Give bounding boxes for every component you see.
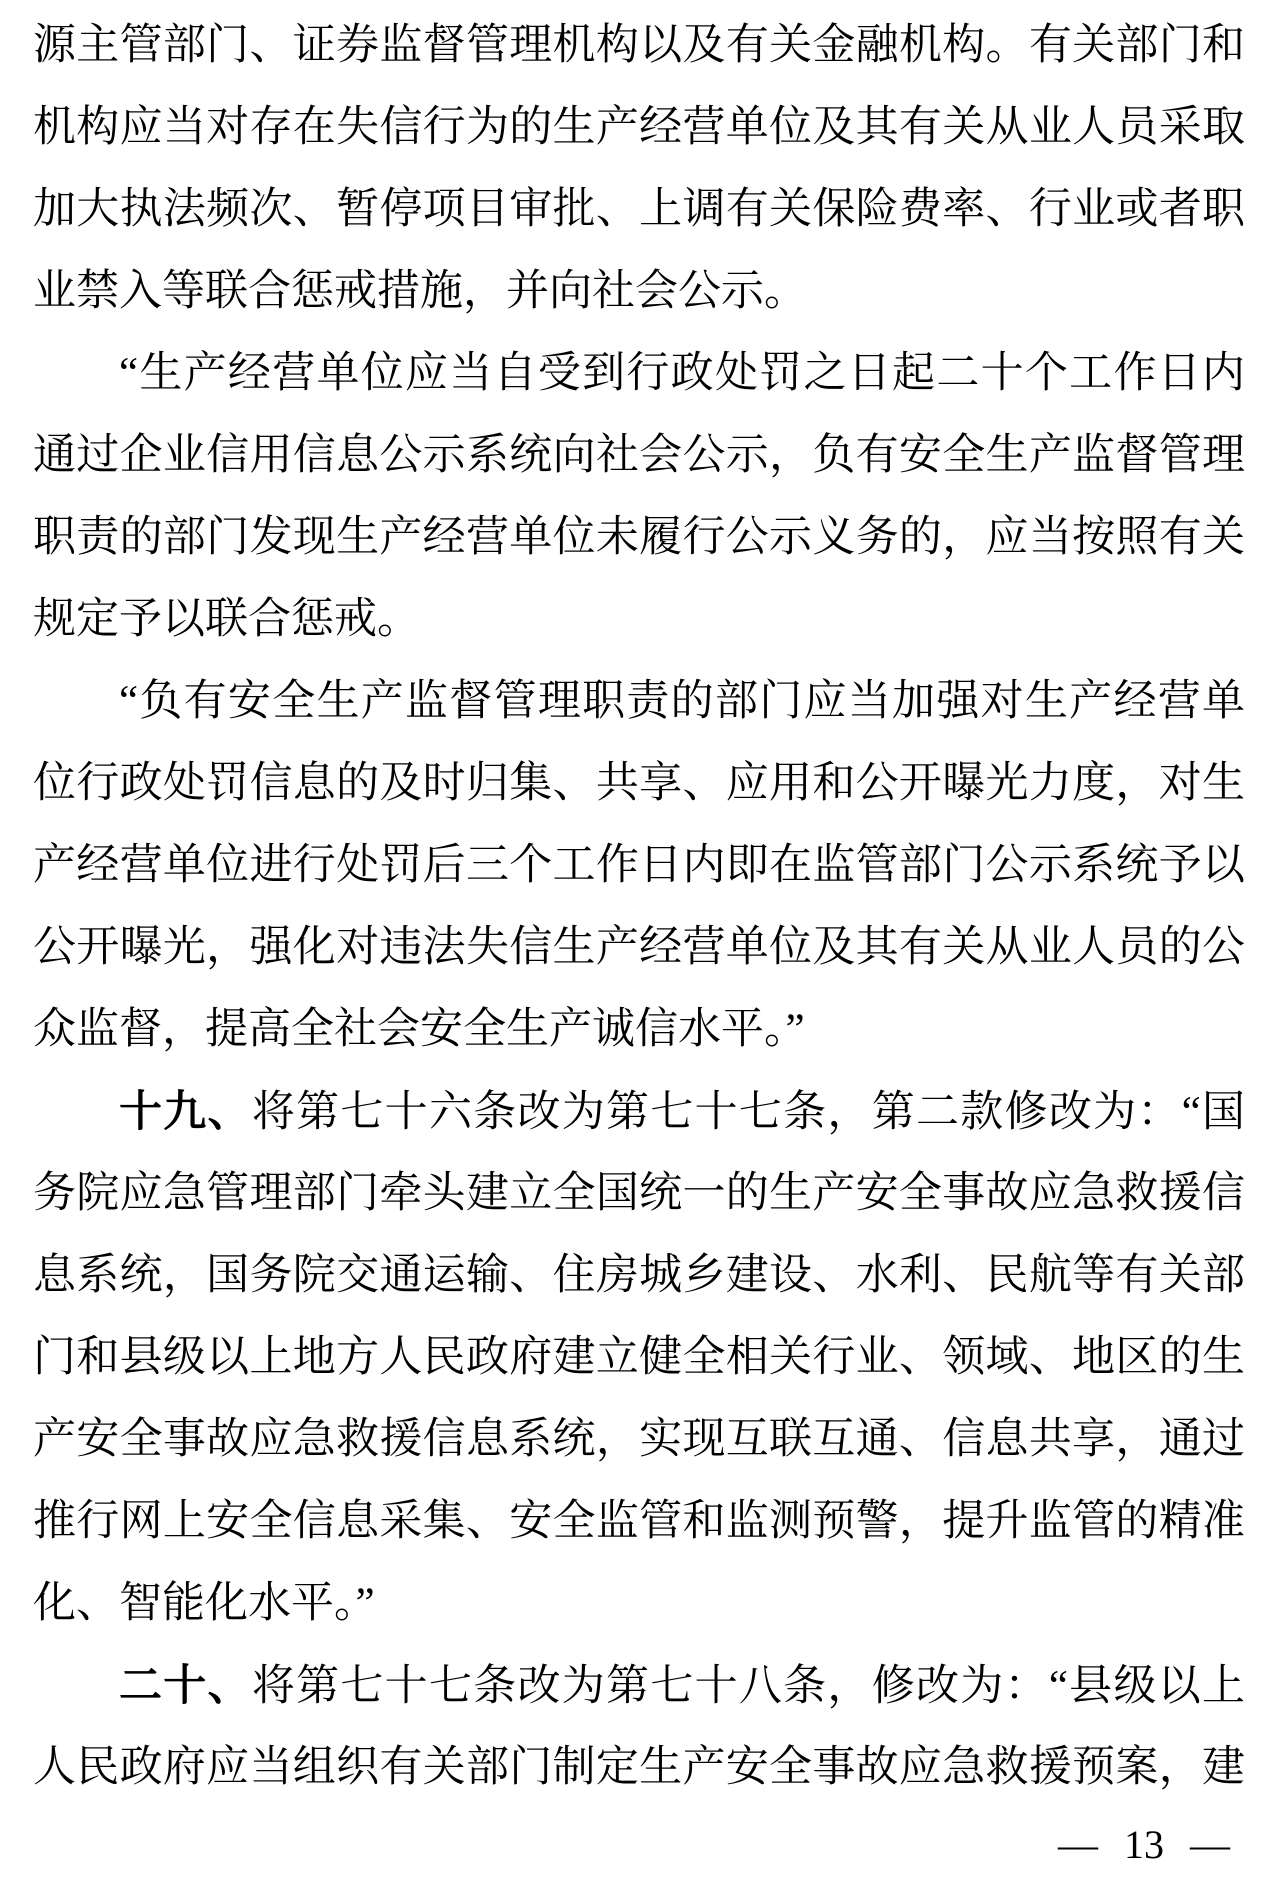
text-segment: 机构应当对存在失信行为的生产经营单位及其有关从业人员采取 bbox=[33, 104, 1245, 151]
text-line: 加大执法频次、暂停项目审批、上调有关保险费率、行业或者职 bbox=[33, 169, 1245, 251]
text-segment: 源主管部门、证券监督管理机构以及有关金融机构。有关部门和 bbox=[33, 22, 1245, 69]
text-segment: 产安全事故应急救援信息系统，实现互联互通、信息共享，通过 bbox=[33, 1416, 1245, 1463]
text-segment: 通过企业信用信息公示系统向社会公示，负有安全生产监督管理 bbox=[33, 432, 1245, 479]
text-segment: 职责的部门发现生产经营单位未履行公示义务的，应当按照有关 bbox=[33, 514, 1245, 561]
text-segment: 加大执法频次、暂停项目审批、上调有关保险费率、行业或者职 bbox=[33, 186, 1245, 233]
text-segment: “负有安全生产监督管理职责的部门应当加强对生产经营单 bbox=[119, 678, 1245, 725]
text-line: 人民政府应当组织有关部门制定生产安全事故应急救援预案，建 bbox=[33, 1727, 1245, 1809]
item-number-bold: 十九、 bbox=[119, 1088, 252, 1136]
text-segment: 息系统，国务院交通运输、住房城乡建设、水利、民航等有关部 bbox=[33, 1252, 1245, 1299]
text-line: 产经营单位进行处罚后三个工作日内即在监管部门公示系统予以 bbox=[33, 825, 1245, 907]
text-segment: 公开曝光，强化对违法失信生产经营单位及其有关从业人员的公 bbox=[33, 924, 1245, 971]
text-segment: 推行网上安全信息采集、安全监管和监测预警，提升监管的精准 bbox=[33, 1498, 1245, 1545]
text-line: 务院应急管理部门牵头建立全国统一的生产安全事故应急救援信 bbox=[33, 1153, 1245, 1235]
text-line: 规定予以联合惩戒。 bbox=[33, 579, 1245, 661]
text-line: 二十、将第七十七条改为第七十八条，修改为：“县级以上 bbox=[33, 1645, 1245, 1727]
text-line: 化、智能化水平。” bbox=[33, 1563, 1245, 1645]
text-segment: 产经营单位进行处罚后三个工作日内即在监管部门公示系统予以 bbox=[33, 842, 1245, 889]
text-line: “生产经营单位应当自受到行政处罚之日起二十个工作日内 bbox=[33, 333, 1245, 415]
text-line: 产安全事故应急救援信息系统，实现互联互通、信息共享，通过 bbox=[33, 1399, 1245, 1481]
text-line: 十九、将第七十六条改为第七十七条，第二款修改为：“国 bbox=[33, 1071, 1245, 1153]
text-line: 息系统，国务院交通运输、住房城乡建设、水利、民航等有关部 bbox=[33, 1235, 1245, 1317]
text-line: 业禁入等联合惩戒措施，并向社会公示。 bbox=[33, 251, 1245, 333]
text-line: 推行网上安全信息采集、安全监管和监测预警，提升监管的精准 bbox=[33, 1481, 1245, 1563]
text-line: “负有安全生产监督管理职责的部门应当加强对生产经营单 bbox=[33, 661, 1245, 743]
page-footer: — 13 — bbox=[1058, 1823, 1230, 1867]
text-line: 位行政处罚信息的及时归集、共享、应用和公开曝光力度，对生 bbox=[33, 743, 1245, 825]
text-segment: 化、智能化水平。” bbox=[33, 1580, 375, 1627]
text-line: 众监督，提高全社会安全生产诚信水平。” bbox=[33, 989, 1245, 1071]
text-line: 通过企业信用信息公示系统向社会公示，负有安全生产监督管理 bbox=[33, 415, 1245, 497]
text-segment: 规定予以联合惩戒。 bbox=[33, 596, 420, 643]
item-number-bold: 二十、 bbox=[119, 1662, 252, 1710]
text-segment: 众监督，提高全社会安全生产诚信水平。” bbox=[33, 1006, 805, 1053]
text-segment: 业禁入等联合惩戒措施，并向社会公示。 bbox=[33, 268, 807, 315]
text-line: 门和县级以上地方人民政府建立健全相关行业、领域、地区的生 bbox=[33, 1317, 1245, 1399]
text-segment: 将第七十六条改为第七十七条，第二款修改为：“国 bbox=[252, 1089, 1245, 1136]
text-segment: 务院应急管理部门牵头建立全国统一的生产安全事故应急救援信 bbox=[33, 1170, 1245, 1217]
text-segment: 门和县级以上地方人民政府建立健全相关行业、领域、地区的生 bbox=[33, 1334, 1245, 1381]
text-line: 公开曝光，强化对违法失信生产经营单位及其有关从业人员的公 bbox=[33, 907, 1245, 989]
document-body: 源主管部门、证券监督管理机构以及有关金融机构。有关部门和机构应当对存在失信行为的… bbox=[33, 5, 1245, 1809]
text-segment: 位行政处罚信息的及时归集、共享、应用和公开曝光力度，对生 bbox=[33, 760, 1245, 807]
text-line: 机构应当对存在失信行为的生产经营单位及其有关从业人员采取 bbox=[33, 87, 1245, 169]
text-segment: “生产经营单位应当自受到行政处罚之日起二十个工作日内 bbox=[119, 350, 1245, 397]
text-segment: 将第七十七条改为第七十八条，修改为：“县级以上 bbox=[252, 1663, 1245, 1710]
document-page: 源主管部门、证券监督管理机构以及有关金融机构。有关部门和机构应当对存在失信行为的… bbox=[0, 0, 1278, 1889]
text-line: 源主管部门、证券监督管理机构以及有关金融机构。有关部门和 bbox=[33, 5, 1245, 87]
text-line: 职责的部门发现生产经营单位未履行公示义务的，应当按照有关 bbox=[33, 497, 1245, 579]
text-segment: 人民政府应当组织有关部门制定生产安全事故应急救援预案，建 bbox=[33, 1744, 1245, 1791]
page-number: — 13 — bbox=[1058, 1822, 1230, 1867]
